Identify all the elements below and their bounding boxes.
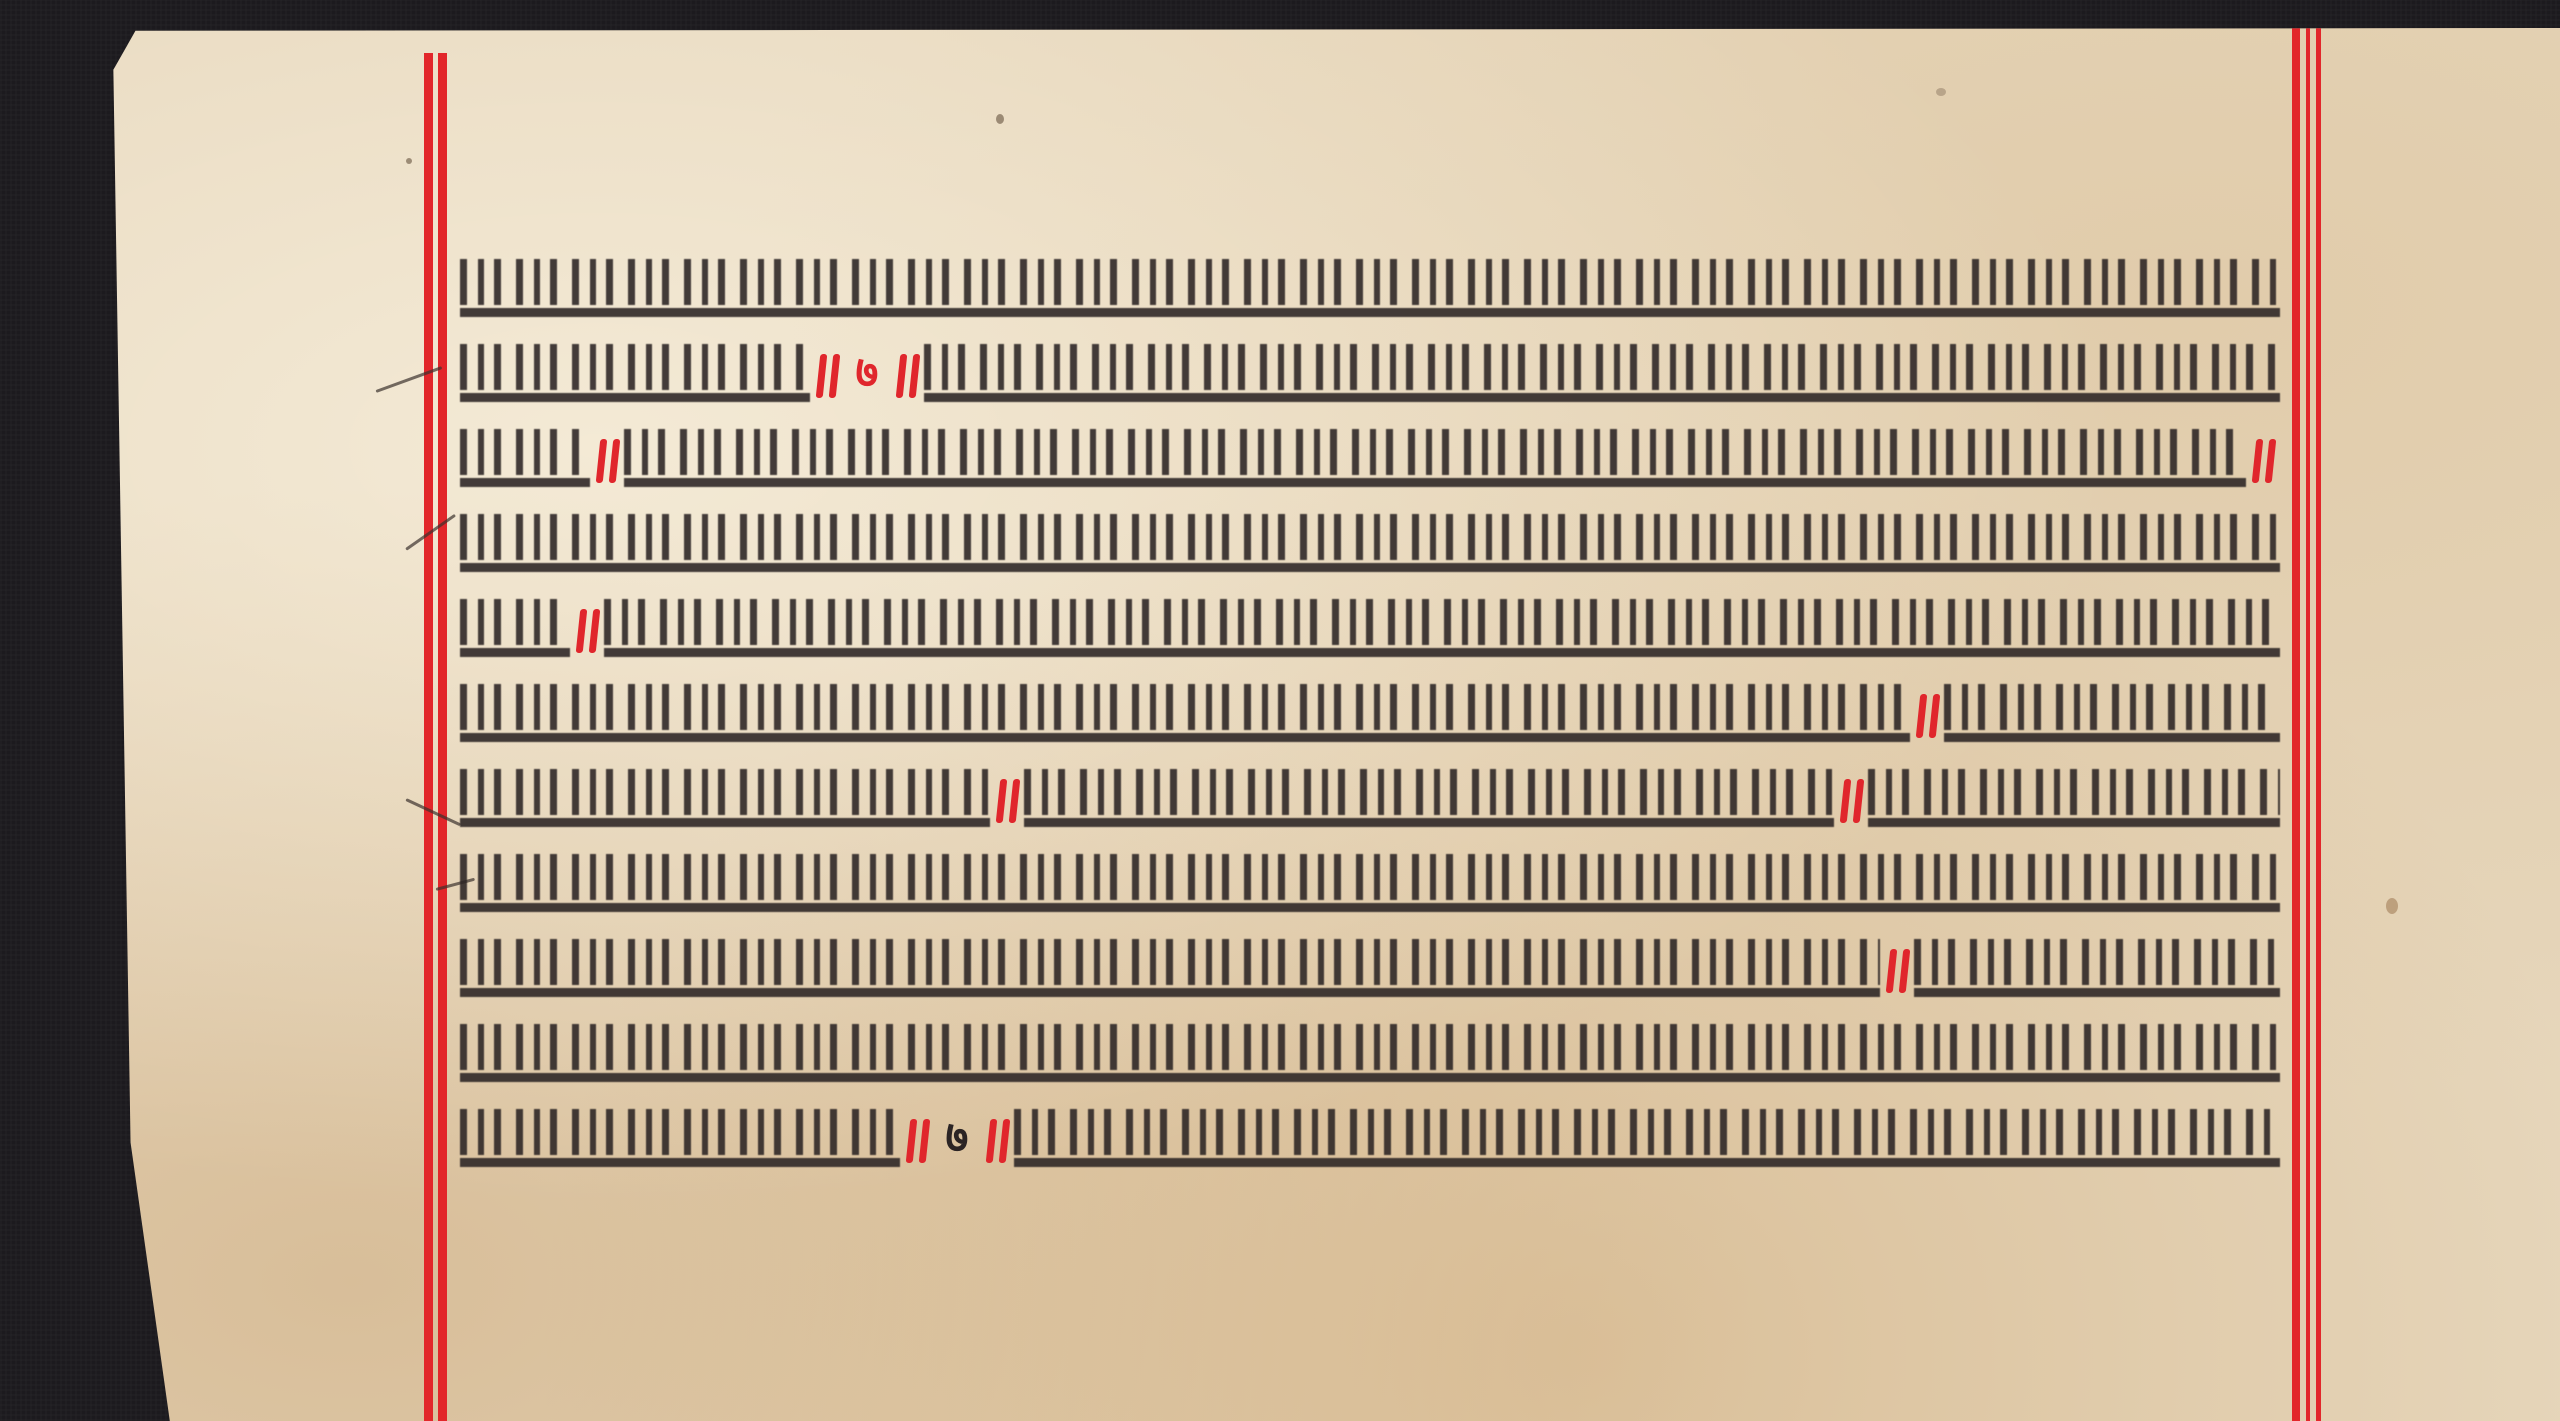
paper-speck	[406, 158, 412, 164]
text-line-9	[460, 935, 2280, 997]
paper-speck	[2386, 898, 2398, 914]
red-double-danda	[980, 1109, 1014, 1167]
text-line-2: ७	[460, 340, 2280, 402]
script-glyphs	[604, 599, 2280, 657]
margin-ink-stroke	[405, 798, 461, 826]
manuscript-text-block: ७	[460, 255, 2280, 1215]
script-glyphs	[460, 769, 990, 827]
red-double-danda	[590, 429, 624, 487]
red-double-danda	[810, 344, 844, 402]
script-glyphs	[460, 1024, 2280, 1082]
text-line-11: ७	[460, 1105, 2280, 1167]
text-line-8	[460, 850, 2280, 912]
text-line-4	[460, 510, 2280, 572]
paper-speck	[996, 114, 1004, 124]
script-glyphs	[1914, 939, 2280, 997]
script-glyphs	[624, 429, 2246, 487]
red-double-danda	[900, 1109, 934, 1167]
script-glyphs	[460, 514, 2280, 572]
red-double-danda	[1880, 939, 1914, 997]
text-line-10	[460, 1020, 2280, 1082]
red-double-danda	[1910, 684, 1944, 742]
script-glyphs	[1024, 769, 1834, 827]
script-glyphs	[460, 599, 570, 657]
script-glyphs	[460, 939, 1880, 997]
verse-numeral: ७	[934, 1109, 980, 1167]
text-line-6	[460, 680, 2280, 742]
script-glyphs	[460, 344, 810, 402]
red-double-danda	[890, 344, 924, 402]
right-margin-rule	[2316, 28, 2321, 1421]
right-margin-rule	[2292, 28, 2300, 1421]
script-glyphs	[1944, 684, 2280, 742]
script-glyphs	[460, 429, 590, 487]
text-line-3	[460, 425, 2280, 487]
text-line-5	[460, 595, 2280, 657]
red-double-danda	[990, 769, 1024, 827]
red-verse-numeral: ७	[844, 344, 890, 402]
red-double-danda	[570, 599, 604, 657]
text-line-7	[460, 765, 2280, 827]
left-margin-rule	[438, 53, 447, 1421]
script-glyphs	[460, 854, 2280, 912]
script-glyphs	[1868, 769, 2280, 827]
text-line-1	[460, 255, 2280, 317]
script-glyphs	[460, 684, 1910, 742]
script-glyphs	[460, 1109, 900, 1167]
red-double-danda	[1834, 769, 1868, 827]
paper-speck	[1936, 88, 1946, 96]
script-glyphs	[1014, 1109, 2280, 1167]
red-double-danda	[2246, 429, 2280, 487]
right-margin-rule	[2306, 28, 2310, 1421]
script-glyphs	[924, 344, 2280, 402]
left-margin-rule	[424, 53, 433, 1421]
script-glyphs	[460, 259, 2280, 317]
